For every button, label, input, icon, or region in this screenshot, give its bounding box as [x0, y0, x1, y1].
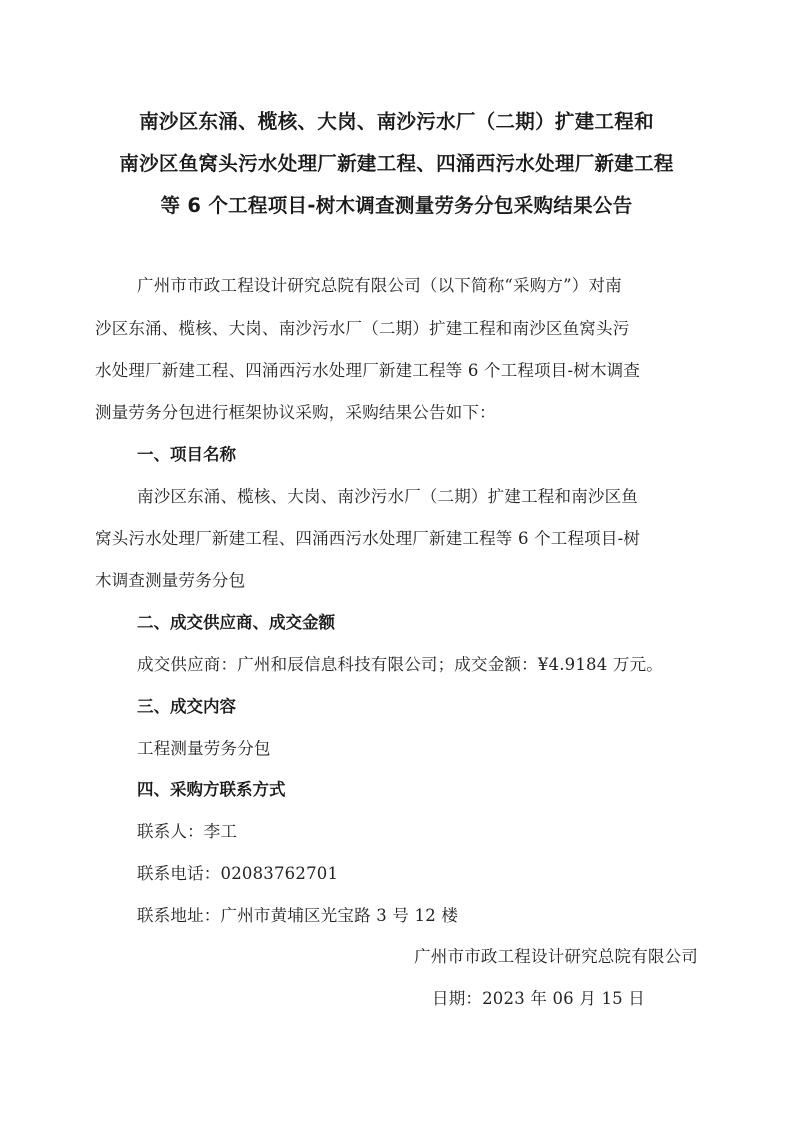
- intro-paragraph-line: 沙区东涌、榄核、大岗、南沙污水厂（二期）扩建工程和南沙区鱼窝头污: [95, 315, 629, 339]
- project-name-line: 木调查测量劳务分包: [95, 567, 245, 591]
- project-name-line: 窝头污水处理厂新建工程、四涌西污水处理厂新建工程等 6 个工程项目-树: [95, 525, 640, 549]
- document-title-line-2: 南沙区鱼窝头污水处理厂新建工程、四涌西污水处理厂新建工程: [0, 148, 793, 176]
- document-title-line-3: 等 6 个工程项目-树木调查测量劳务分包采购结果公告: [0, 190, 793, 218]
- project-name-line: 南沙区东涌、榄核、大岗、南沙污水厂（二期）扩建工程和南沙区鱼: [137, 483, 638, 507]
- section-heading-contact: 四、采购方联系方式: [137, 776, 286, 800]
- signature-organization: 广州市市政工程设计研究总院有限公司: [414, 943, 698, 967]
- section-heading-deal-content: 三、成交内容: [137, 693, 236, 717]
- intro-paragraph-line: 广州市市政工程设计研究总院有限公司（以下简称“采购方”）对南: [137, 272, 622, 296]
- section-heading-supplier-amount: 二、成交供应商、成交金额: [137, 609, 335, 633]
- document-title-line-1: 南沙区东涌、榄核、大岗、南沙污水厂（二期）扩建工程和: [0, 106, 793, 134]
- contact-address: 联系地址：广州市黄埔区光宝路 3 号 12 楼: [137, 902, 458, 926]
- contact-person: 联系人：李工: [137, 818, 237, 842]
- document-page: 南沙区东涌、榄核、大岗、南沙污水厂（二期）扩建工程和 南沙区鱼窝头污水处理厂新建…: [0, 0, 793, 1122]
- intro-paragraph-line: 测量劳务分包进行框架协议采购，采购结果公告如下：: [95, 399, 496, 423]
- deal-content-line: 工程测量劳务分包: [137, 735, 271, 759]
- supplier-amount-line: 成交供应商：广州和辰信息科技有限公司；成交金额：¥4.9184 万元。: [137, 651, 663, 675]
- contact-phone: 联系电话：02083762701: [137, 860, 338, 884]
- intro-paragraph-line: 水处理厂新建工程、四涌西污水处理厂新建工程等 6 个工程项目-树木调查: [95, 357, 640, 381]
- section-heading-project-name: 一、项目名称: [137, 441, 236, 465]
- signature-date: 日期：2023 年 06 月 15 日: [432, 985, 645, 1009]
